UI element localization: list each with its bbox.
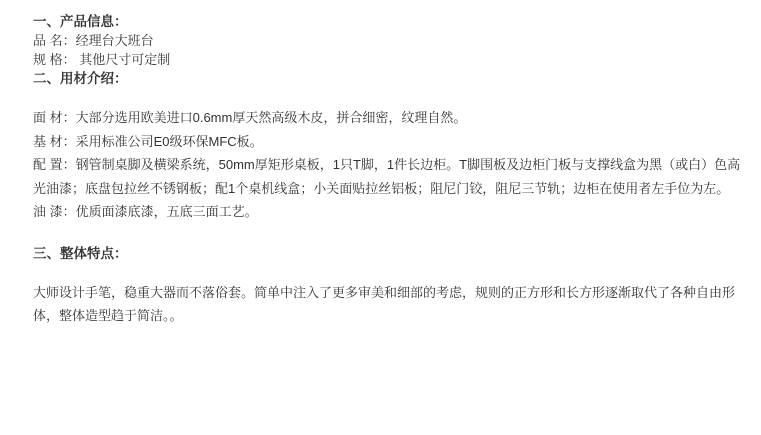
paint-line: 油 漆：优质面漆底漆，五底三面工艺。	[33, 200, 753, 224]
section-heading-overall-features: 三、整体特点：	[33, 244, 753, 263]
materials-block: 面 材：大部分选用欧美进口0.6mm厚天然高级木皮，拼合细密，纹理自然。 基 材…	[33, 106, 753, 224]
base-material-line: 基 材：采用标准公司E0级环保MFC板。	[33, 130, 753, 154]
product-name-line: 品 名：经理台大班台	[33, 31, 753, 50]
product-spec-line: 规 格： 其他尺寸可定制	[33, 50, 753, 69]
section-heading-product-info: 一、产品信息：	[33, 12, 753, 31]
section-heading-materials: 二、用材介绍：	[33, 69, 753, 88]
configuration-line: 配 置：钢管制桌脚及横梁系统，50mm厚矩形桌板，1只T脚，1件长边柜。T脚围板…	[33, 153, 753, 200]
overall-features-paragraph: 大师设计手笔，稳重大器而不落俗套。简单中注入了更多审美和细部的考虑，规则的正方形…	[33, 281, 753, 327]
surface-material-line: 面 材：大部分选用欧美进口0.6mm厚天然高级木皮，拼合细密，纹理自然。	[33, 106, 753, 130]
product-description-document: 一、产品信息： 品 名：经理台大班台 规 格： 其他尺寸可定制 二、用材介绍： …	[0, 0, 761, 435]
